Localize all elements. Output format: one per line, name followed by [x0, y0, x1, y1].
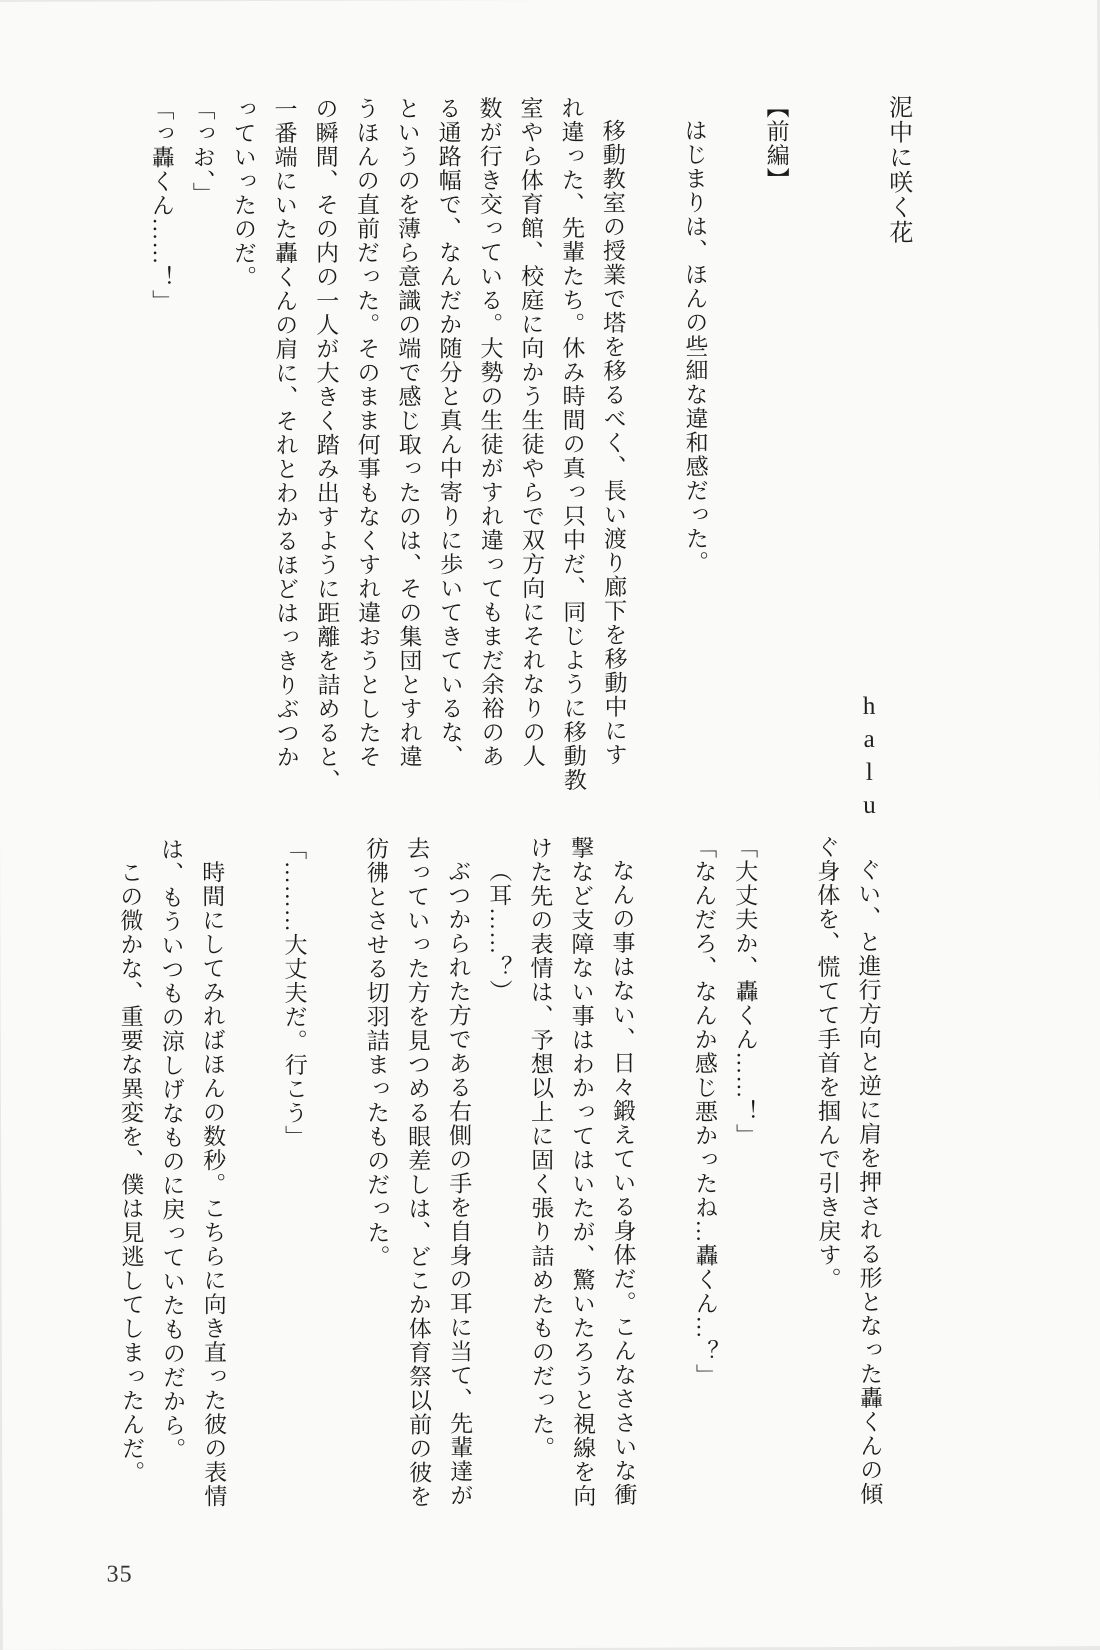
text-column: れ違った、先輩たち。休み時間の真っ只中だ、同じように移動教 [546, 96, 589, 802]
text-column: はじまりは、ほんの些細な違和感だった。 [669, 95, 712, 801]
scanned-novel-page: 泥中に咲く花【前編】はじまりは、ほんの些細な違和感だった。移動教室の授業で塔を移… [0, 0, 1100, 1650]
text-column: この微かな、重要な異変を、僕は見逃してしまったんだ。 [105, 837, 148, 1537]
text-column: なんの事はない、日々鍛えている身体だ。こんなささいな衝 [597, 836, 640, 1536]
text-column: というのを薄ら意識の端で感じ取ったのは、その集団とすれ違 [382, 96, 425, 802]
text-column: 一番端にいた轟くんの肩に、それとわかるほどはっきりぶつか [259, 97, 302, 803]
spacer-column [761, 835, 802, 845]
spacer-column [833, 95, 874, 105]
text-column: 去っていった方を見つめる眼差しは、どこか体育祭以前の彼を [392, 836, 435, 1536]
text-column: 彷彿とさせる切羽詰まったものだった。 [351, 837, 394, 1537]
section-heading: 【前編】 [751, 95, 794, 801]
text-column: 時間にしてみればほんの数秒。こちらに向き直った彼の表情 [187, 837, 230, 1537]
text-column: けた先の表情は、予想以上に固く張り詰めたものだった。 [515, 836, 558, 1536]
text-column: 数が行き交っている。大勢の生徒がすれ違ってもまだ余裕のあ [464, 96, 507, 802]
text-column: うほんの直前だった。そのまま何事もなくすれ違おうとしたそ [341, 97, 384, 803]
spacer-column [228, 837, 269, 847]
text-column: る通路幅で、なんだか随分と真ん中寄りに歩いてきているな、 [423, 96, 466, 802]
text-column: 移動教室の授業で塔を移るべく、長い渡り廊下を移動中にす [587, 96, 630, 802]
text-column: ぐい、と進行方向と逆に肩を押される形となった轟くんの傾 [843, 835, 886, 1535]
spacer-column [310, 837, 351, 847]
text-column: ぐ身体を、慌てて手首を掴んで引き戻す。 [802, 835, 845, 1535]
spacer-column [628, 96, 669, 106]
spacer-column [710, 95, 751, 105]
text-column: は、もういつもの涼しげなものに戻っていたものだから。 [146, 837, 189, 1537]
text-column: 「………大丈夫だ。行こう」 [269, 837, 312, 1537]
spacer-column [792, 95, 833, 105]
text-column: 「大丈夫か、轟くん……！」 [720, 835, 763, 1535]
story-opening-block: 泥中に咲く花【前編】はじまりは、ほんの些細な違和感だった。移動教室の授業で塔を移… [136, 95, 917, 804]
text-column: の瞬間、その内の一人が大きく踏み出すように距離を詰めると、 [300, 97, 343, 803]
text-column: 撃など支障ない事はわかってはいたが、驚いたろうと視線を向 [556, 836, 599, 1536]
text-column: 「っ轟くん……！」 [136, 97, 179, 803]
text-column: 「なんだろ、なんか感じ悪かったね…轟くん…？」 [679, 835, 722, 1535]
text-column: （耳……？） [474, 836, 517, 1536]
text-column: 室やら体育館、校庭に向かう生徒やらで双方向にそれなりの人 [505, 96, 548, 802]
story-body-block: ぐい、と進行方向と逆に肩を押される形となった轟くんの傾ぐ身体を、慌てて手首を掴ん… [105, 835, 886, 1538]
author-name: halu [855, 693, 883, 825]
text-column: っていったのだ。 [218, 97, 261, 803]
spacer-column [638, 836, 679, 846]
text-column: 「っお、」 [177, 97, 220, 803]
text-column: ぶつかられた方である右側の手を自身の耳に当て、先輩達が [433, 836, 476, 1536]
page-number: 35 [107, 1561, 133, 1588]
